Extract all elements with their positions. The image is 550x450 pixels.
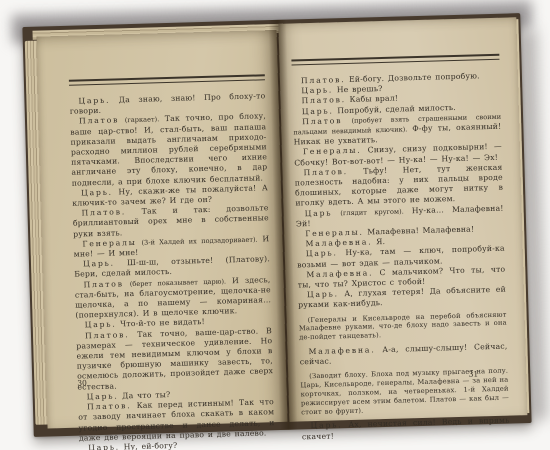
dialogue-paragraph: Царь. А, глухая тетеря! Да объясните ей …: [298, 285, 506, 311]
speaker-name: Царь: [305, 208, 333, 218]
speaker-name: Царь.: [85, 320, 117, 330]
dialogue-text: Да что ты?: [122, 390, 170, 400]
speaker-name: Малафевна.: [305, 238, 372, 249]
dialogue-paragraph: Платов (гаркает). Так точно, про блоху, …: [70, 112, 268, 189]
dialogue-paragraph: Платов. Как перед истинным! Так что от з…: [78, 397, 275, 443]
dialogue-text: Кабы врал!: [350, 94, 399, 104]
stage-remark: (3-й Халдей их подзадоривает).: [141, 235, 257, 246]
book-photo: Царь. Да знаю, знаю! Про блоху-то говори…: [0, 0, 550, 450]
right-page: Платов. Ей-богу. Дозвольте попробую. Цар…: [278, 17, 527, 421]
speaker-name: Платов: [302, 116, 342, 126]
dialogue-text: Ну, ей-богу?: [124, 441, 178, 450]
dialogue-paragraph: (Генералы и Кисельвроде на перебой объяс…: [299, 310, 508, 342]
page-number: 31: [469, 369, 479, 378]
speaker-name: Малафевна.: [308, 345, 375, 356]
speaker-name: Царь.: [83, 259, 115, 269]
speaker-name: Платов.: [85, 330, 130, 340]
speaker-name: Царь.: [311, 421, 343, 431]
speaker-name: Царь.: [87, 391, 119, 401]
speaker-name: Царь.: [307, 290, 339, 300]
speaker-name: Генералы: [82, 238, 136, 249]
speaker-name: Генералы.: [303, 146, 362, 157]
speaker-name: Платов: [79, 116, 119, 126]
speaker-name: Царь.: [81, 187, 113, 197]
speaker-name: Платов.: [301, 95, 346, 105]
left-page-text: Царь. Да знаю, знаю! Про блоху-то говори…: [69, 91, 275, 450]
dialogue-paragraph: Платов. Тьфу! Нет, тут женская полезност…: [294, 163, 503, 210]
stage-remark: (гаркает).: [125, 116, 160, 125]
speaker-name: Платов.: [81, 207, 126, 217]
dialogue-text: (Генералы и Кисельвроде на перебой объяс…: [299, 310, 507, 341]
page-number: 30: [77, 378, 87, 387]
dialogue-paragraph: Платов. Так точно, ваше-цар-ство. В разм…: [76, 326, 274, 393]
speaker-name: Царь.: [78, 96, 110, 106]
left-page: Царь. Да знаю, знаю! Про блоху-то говори…: [37, 30, 288, 429]
right-page-text: Платов. Ей-богу. Дозвольте попробую. Цар…: [292, 71, 510, 443]
speaker-name: Платов.: [301, 75, 346, 85]
stage-remark: (глядит кругом).: [340, 207, 404, 217]
dialogue-text: Я.: [376, 237, 385, 246]
open-book: Царь. Да знаю, знаю! Про блоху-то говори…: [22, 13, 531, 437]
speaker-name: Царь.: [302, 106, 334, 116]
dialogue-text: Не врешь?: [337, 84, 383, 94]
speaker-name: Платов: [83, 279, 123, 289]
speaker-name: Генералы.: [305, 228, 364, 239]
head-rule: [291, 54, 499, 66]
speaker-name: Платов.: [303, 167, 348, 177]
speaker-name: Царь.: [301, 86, 333, 96]
dialogue-paragraph: Платов (берет показывает царю). И здесь,…: [74, 275, 271, 321]
dialogue-paragraph: Царь. Ах, нечистая сила! Ведь и впрямь с…: [302, 416, 510, 442]
head-rule: [69, 74, 265, 85]
speaker-name: Царь.: [88, 442, 120, 450]
speaker-name: Малафевна.: [306, 268, 373, 279]
speaker-name: Царь.: [306, 249, 338, 259]
speaker-name: Платов.: [87, 401, 132, 411]
dialogue-paragraph: Малафевна. А-а, слышу-слышу! Сейчас, сей…: [299, 342, 507, 368]
dialogue-text: Малафевна! Малафевна!: [367, 225, 474, 237]
